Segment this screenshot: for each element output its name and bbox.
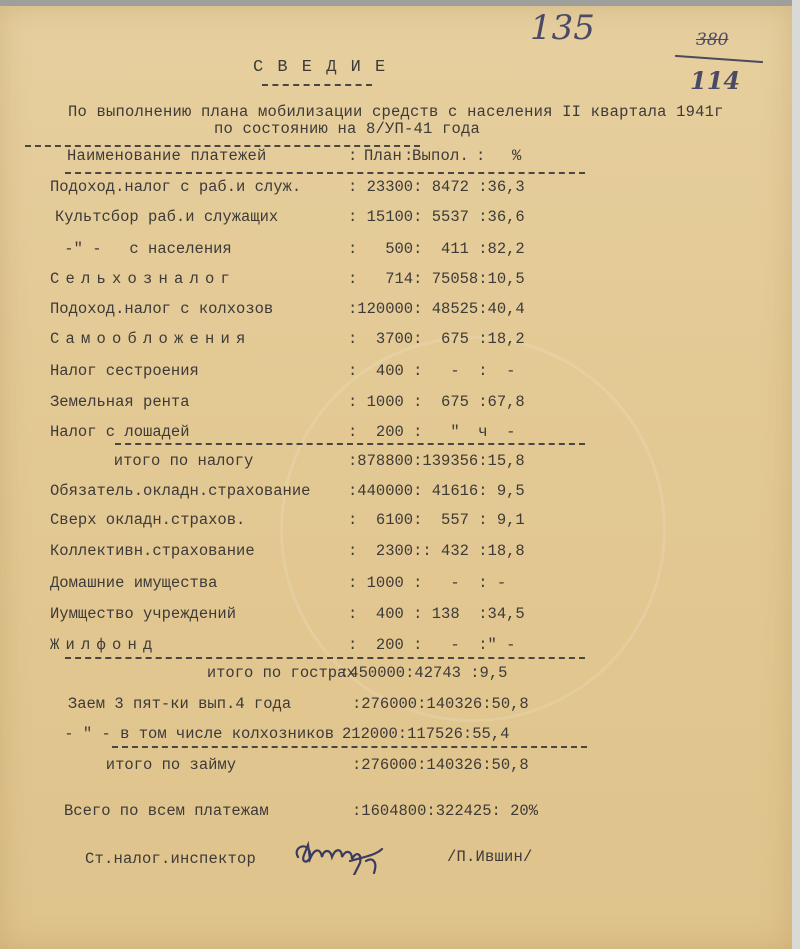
row-name: Иумщество учреждений bbox=[50, 605, 236, 623]
row-values: : 400 : 138 :34,5 bbox=[348, 605, 525, 623]
row-values: :440000: 41616: 9,5 bbox=[348, 482, 525, 500]
row-values: :120000: 48525:40,4 bbox=[348, 300, 525, 318]
header-colon-1: : bbox=[348, 147, 358, 165]
row-name: Жилфонд bbox=[50, 636, 159, 654]
table-row: Налог сестроения : 400 : - : - bbox=[0, 362, 800, 386]
table-row-subtotal: итого по займу :276000:140326:50,8 bbox=[0, 756, 800, 780]
row-values: : 23300: 8472 :36,3 bbox=[348, 178, 525, 196]
table-row: -" - с населения : 500: 411 :82,2 bbox=[0, 240, 800, 264]
row-name: Налог с лошадей bbox=[50, 423, 190, 441]
table-row: Культсбор раб.и служащих : 15100: 5537 :… bbox=[0, 208, 800, 232]
row-values: : 15100: 5537 :36,6 bbox=[348, 208, 525, 226]
row-name: Подоход.налог с колхозов bbox=[50, 300, 273, 318]
table-row: Домашние имущества : 1000 : - : - bbox=[0, 574, 800, 598]
table-row: Сельхозналог : 714: 75058:10,5 bbox=[0, 270, 800, 294]
document-title: С В Е Д И Е bbox=[253, 58, 387, 77]
header-name: Наименование платежей bbox=[67, 147, 267, 165]
table-row: Коллективн.страхование : 2300:: 432 :18,… bbox=[0, 542, 800, 566]
row-name: Налог сестроения bbox=[50, 362, 199, 380]
row-name: Самообложения bbox=[50, 330, 252, 348]
margin-note-bottom: 114 bbox=[690, 66, 740, 95]
row-name: Заем 3 пят-ки вып.4 года bbox=[40, 695, 291, 713]
row-name: Земельная рента bbox=[50, 393, 190, 411]
margin-note-top: 380 bbox=[696, 30, 728, 50]
row-values: : 714: 75058:10,5 bbox=[348, 270, 525, 288]
divider-insurance-total bbox=[65, 657, 585, 659]
row-values: : 2300:: 432 :18,8 bbox=[348, 542, 525, 560]
table-row: Земельная рента : 1000 : 675 :67,8 bbox=[0, 393, 800, 417]
header-percent: % bbox=[512, 147, 522, 165]
subtitle-line-2: по состоянию на 8/УП-41 года bbox=[214, 120, 480, 138]
divider-tax-total bbox=[115, 443, 585, 445]
row-values: : 200 : - :" - bbox=[348, 636, 515, 654]
table-row-subtotal: итого по налогу :878800:139356:15,8 bbox=[0, 452, 800, 476]
row-values: : 1000 : - : - bbox=[348, 574, 506, 592]
divider-loan-total bbox=[112, 746, 587, 748]
table-row-grand-total: Всего по всем платежам :1604800:322425: … bbox=[0, 802, 800, 826]
archive-page-number: 135 bbox=[530, 8, 595, 48]
row-name: Домашние имущества bbox=[50, 574, 217, 592]
table-row: Самообложения : 3700: 675 :18,2 bbox=[0, 330, 800, 354]
table-row: Заем 3 пят-ки вып.4 года :276000:140326:… bbox=[0, 695, 800, 719]
table-row: Подоход.налог с раб.и служ. : 23300: 847… bbox=[0, 178, 800, 202]
row-values: : 200 : " ч - bbox=[348, 423, 515, 441]
signature-icon bbox=[290, 835, 410, 875]
row-values: : 400 : - : - bbox=[348, 362, 515, 380]
row-name: -" - с населения bbox=[55, 240, 232, 258]
table-row: Обязатель.окладн.страхование :440000: 41… bbox=[0, 482, 800, 506]
row-name: Обязатель.окладн.страхование bbox=[50, 482, 310, 500]
divider-header bbox=[65, 172, 585, 174]
table-row: Подоход.налог с колхозов :120000: 48525:… bbox=[0, 300, 800, 324]
grand-total-label: Всего по всем платежам bbox=[64, 802, 269, 820]
row-name: Коллективн.страхование bbox=[50, 542, 255, 560]
table-row: Иумщество учреждений : 400 : 138 :34,5 bbox=[0, 605, 800, 629]
row-name: Культсбор раб.и служащих bbox=[55, 208, 278, 226]
table-row-subtotal: итого по гострах :450000:42743 :9,5 bbox=[0, 664, 800, 688]
row-values: :276000:140326:50,8 bbox=[352, 695, 529, 713]
row-values: 212000:117526:55,4 bbox=[342, 725, 509, 743]
row-name: итого по налогу bbox=[58, 452, 253, 470]
table-row: Сверх окладн.страхов. : 6100: 557 : 9,1 bbox=[0, 511, 800, 535]
row-values: :276000:140326:50,8 bbox=[352, 756, 529, 774]
header-done: Выпол. bbox=[412, 147, 469, 165]
row-values: :450000:42743 :9,5 bbox=[340, 664, 507, 682]
header-colon-3: : bbox=[476, 147, 486, 165]
inspector-position: Ст.налог.инспектор bbox=[85, 850, 256, 868]
grand-total-values: :1604800:322425: 20% bbox=[352, 802, 538, 820]
title-underline bbox=[262, 84, 372, 86]
row-values: : 500: 411 :82,2 bbox=[348, 240, 525, 258]
header-plan: План bbox=[364, 147, 402, 165]
signatory-name: /П.Ившин/ bbox=[447, 848, 533, 866]
row-name: Сельхозналог bbox=[50, 270, 236, 288]
row-name: итого по гострах bbox=[58, 664, 356, 682]
row-values: : 3700: 675 :18,2 bbox=[348, 330, 525, 348]
row-values: :878800:139356:15,8 bbox=[348, 452, 525, 470]
row-values: : 1000 : 675 :67,8 bbox=[348, 393, 525, 411]
row-name: итого по займу bbox=[50, 756, 236, 774]
row-name: Сверх окладн.страхов. bbox=[50, 511, 245, 529]
row-values: : 6100: 557 : 9,1 bbox=[348, 511, 525, 529]
subtitle-line-1: По выполнению плана мобилизации средств … bbox=[68, 103, 724, 121]
row-name: Подоход.налог с раб.и служ. bbox=[50, 178, 301, 196]
row-name: - " - в том числе колхозников bbox=[55, 725, 334, 743]
